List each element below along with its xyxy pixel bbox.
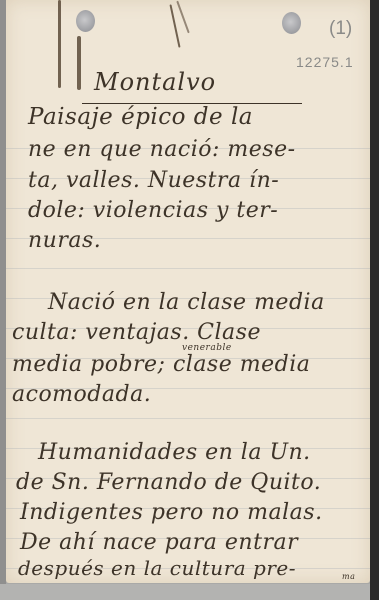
text-line: ta, valles. Nuestra ín- [28,168,279,193]
ink-stain [77,36,81,90]
text-line: De ahí nace para entrar [20,530,298,555]
text-line: Paisaje épico de la [28,104,253,130]
text-line: Nació en la clase media [48,290,325,315]
ruled-line [6,418,370,419]
document-title: Montalvo [94,68,216,96]
index-card: (1) 12275.1 Montalvo Paisaje épico de la… [6,0,370,583]
text-line: después en la cultura pre- [18,556,296,580]
punch-hole-right [282,12,301,34]
scan-right-edge [370,0,379,600]
text-line: culta: ventajas. Clase [12,320,261,345]
text-line: ne en que nació: mese- [28,137,296,162]
punch-hole-left [76,10,95,32]
page-number-annotation: (1) [329,18,352,40]
text-line: nuras. [28,228,101,253]
ruled-line [6,268,370,269]
scan-background [0,584,370,600]
ink-stain [58,0,61,88]
line-continuation: ma [342,572,355,581]
catalog-number-annotation: 12275.1 [296,54,354,70]
text-line: de Sn. Fernando de Quito. [16,470,321,495]
ink-stain [176,1,190,34]
text-line: Indigentes pero no malas. [20,500,323,525]
text-line: dole: violencias y ter- [28,198,278,223]
text-line: media pobre; clase media [12,352,310,377]
text-line: acomodada. [12,382,151,407]
text-line: Humanidades en la Un. [38,440,311,465]
